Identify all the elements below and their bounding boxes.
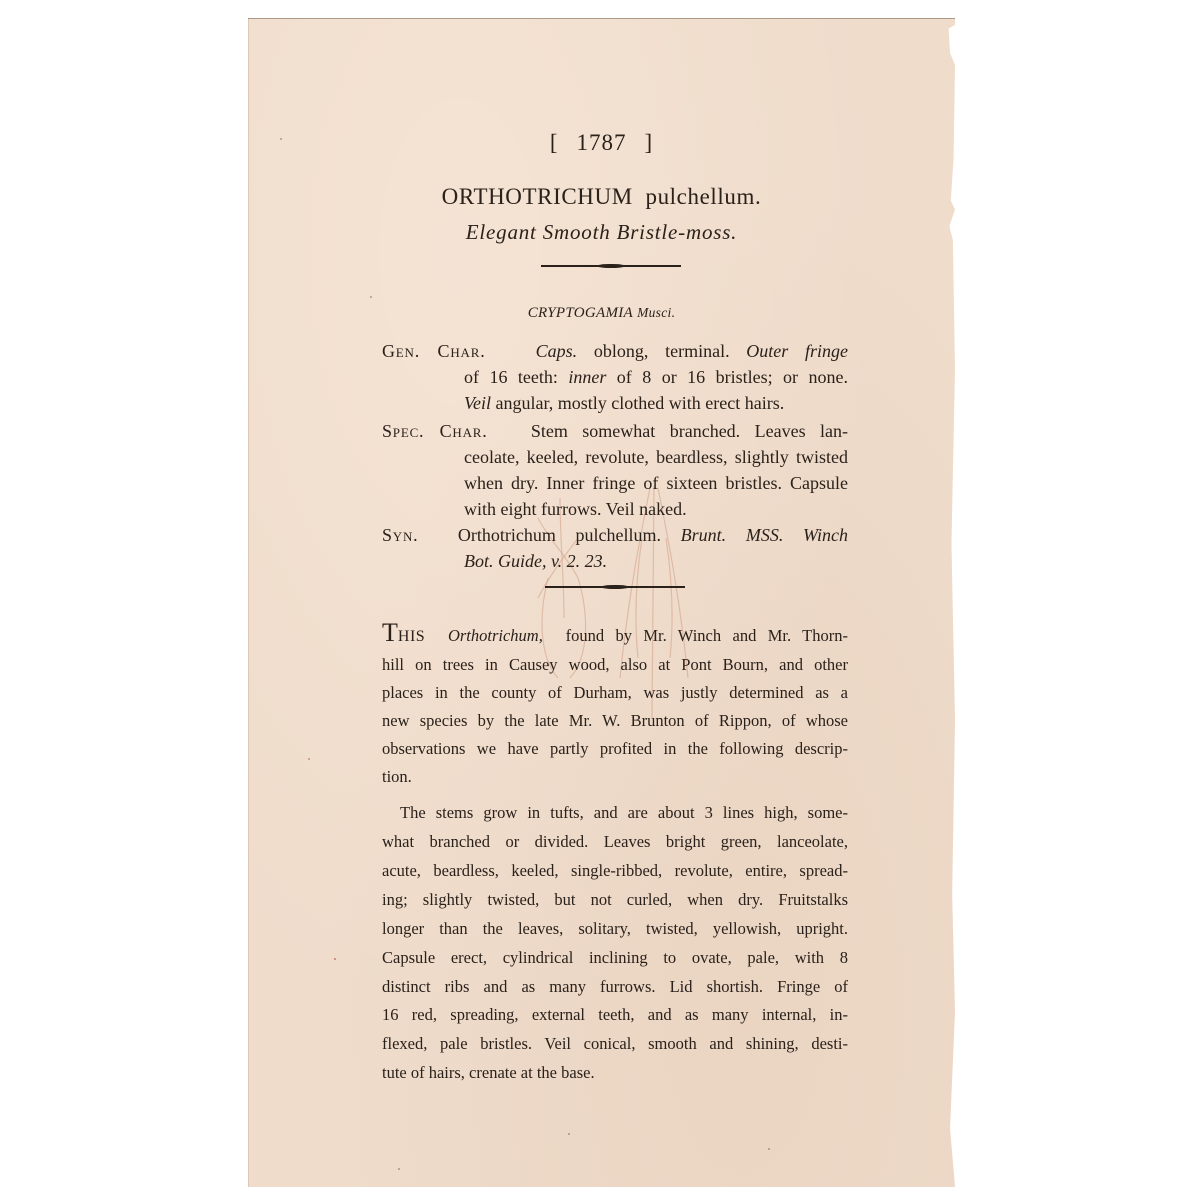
ornamental-rule-top: [541, 263, 681, 269]
text-segment: tute of hairs, crenate at the base.: [382, 1063, 595, 1082]
text-segment: Outer fringe: [746, 341, 848, 361]
synonym-line-2: Bot. Guide, v. 2. 23.: [464, 551, 607, 572]
specific-character-line-1: Spec. Char. Stem somewhat branched. Leav…: [382, 421, 848, 442]
text-segment: Bot. Guide, v. 2. 23.: [464, 551, 607, 571]
text-segment: Stem somewhat branched. Leaves lan-: [531, 421, 848, 441]
description-p1-line-5: observations we have partly profited in …: [382, 739, 848, 759]
text-segment: Brunt. MSS. Winch: [681, 525, 848, 545]
text-segment: new species by the late Mr. W. Brunton o…: [382, 711, 848, 731]
synonym-label: Syn.: [382, 525, 419, 545]
description-p2-line-2: what branched or divided. Leaves bright …: [382, 832, 848, 852]
description-p2-line-9: flexed, pale bristles. Veil conical, smo…: [382, 1034, 848, 1054]
species-name: pulchellum.: [645, 184, 761, 209]
text-segment: inner: [568, 367, 606, 387]
book-page: [1787] ORTHOTRICHUM pulchellum. Elegant …: [248, 18, 955, 1187]
description-p1-line-3: places in the county of Durham, was just…: [382, 683, 848, 703]
text-segment: hill on trees in Causey wood, also at Po…: [382, 655, 848, 675]
specific-character-label: Spec. Char.: [382, 421, 488, 441]
description-p1-line-2: hill on trees in Causey wood, also at Po…: [382, 655, 848, 675]
text-segment: Caps.: [536, 341, 578, 361]
text-segment: distinct ribs and as many furrows. Lid s…: [382, 977, 848, 997]
description-p2-line-8: 16 red, spreading, external teeth, and a…: [382, 1005, 848, 1025]
order-name: Musci.: [637, 305, 675, 320]
bracket-open: [: [550, 130, 559, 156]
text-segment: flexed, pale bristles. Veil conical, smo…: [382, 1034, 848, 1054]
generic-character-line-2: of 16 teeth: inner of 8 or 16 bristles; …: [464, 367, 848, 388]
description-p2-line-7: distinct ribs and as many furrows. Lid s…: [382, 977, 848, 997]
description-p2-line-6: Capsule erect, cylindrical inclining to …: [382, 948, 848, 968]
description-p2-line-10: tute of hairs, crenate at the base.: [382, 1063, 848, 1083]
text-segment: 16 red, spreading, external teeth, and a…: [382, 1005, 848, 1025]
text-segment: longer than the leaves, solitary, twiste…: [382, 919, 848, 939]
text-segment: ceolate, keeled, revolute, beardless, sl…: [464, 447, 848, 468]
species-title: ORTHOTRICHUM pulchellum.: [248, 184, 955, 210]
common-name: Elegant Smooth Bristle-moss.: [248, 220, 955, 245]
generic-character-line-3: Veil angular, mostly clothed with erect …: [464, 393, 784, 414]
description-p2-line-4: ing; slightly twisted, but not curled, w…: [382, 890, 848, 910]
description-p1-line-6: tion.: [382, 767, 848, 787]
text-segment: HIS: [398, 628, 425, 645]
description-p2-line-3: acute, beardless, keeled, single-ribbed,…: [382, 861, 848, 881]
text-segment: ing; slightly twisted, but not curled, w…: [382, 890, 848, 910]
text-segment: when dry. Inner fringe of sixteen bristl…: [464, 473, 848, 494]
classification: CRYPTOGAMIA Musci.: [248, 305, 955, 322]
text-segment: Orthotrichum pulchellum.: [458, 525, 681, 545]
text-segment: of 16 teeth:: [464, 367, 568, 387]
description-p2-line-1: The stems grow in tufts, and are about 3…: [400, 803, 848, 823]
text-segment: Capsule erect, cylindrical inclining to …: [382, 948, 848, 968]
drop-cap: T: [382, 618, 398, 647]
text-segment: places in the county of Durham, was just…: [382, 683, 848, 703]
plate-number: [1787]: [248, 130, 955, 156]
description-p1-line-4: new species by the late Mr. W. Brunton o…: [382, 711, 848, 731]
text-segment: observations we have partly profited in …: [382, 739, 848, 759]
plate-number-value: 1787: [577, 130, 627, 155]
genus-name: ORTHOTRICHUM: [442, 184, 633, 209]
text-segment: tion.: [382, 767, 412, 786]
text-segment: Orthotrichum,: [448, 626, 543, 645]
text-segment: what branched or divided. Leaves bright …: [382, 832, 848, 852]
generic-character-line-1: Gen. Char. Caps. oblong, terminal. Outer…: [382, 341, 848, 362]
text-segment: of 8 or 16 bristles; or none.: [606, 367, 848, 387]
synonym-line-1: Syn. Orthotrichum pulchellum. Brunt. MSS…: [382, 525, 848, 546]
text-segment: The stems grow in tufts, and are about 3…: [400, 803, 848, 823]
text-segment: oblong, terminal.: [577, 341, 746, 361]
description-p2-line-5: longer than the leaves, solitary, twiste…: [382, 919, 848, 939]
text-segment: found by Mr. Winch and Mr. Thorn-: [566, 626, 848, 645]
specific-character-line-3: when dry. Inner fringe of sixteen bristl…: [464, 473, 848, 494]
text-segment: angular, mostly clothed with erect hairs…: [491, 393, 784, 413]
class-name: CRYPTOGAMIA: [528, 305, 633, 321]
specific-character-line-4: with eight furrows. Veil naked.: [464, 499, 687, 520]
description-p1-line-1: THIS Orthotrichum, found by Mr. Winch an…: [382, 620, 848, 646]
text-segment: Veil: [464, 393, 491, 413]
generic-character-label: Gen. Char.: [382, 341, 486, 361]
specific-character-line-2: ceolate, keeled, revolute, beardless, sl…: [464, 447, 848, 468]
ornamental-rule-middle: [545, 584, 685, 590]
text-segment: acute, beardless, keeled, single-ribbed,…: [382, 861, 848, 881]
bracket-close: ]: [645, 130, 654, 156]
